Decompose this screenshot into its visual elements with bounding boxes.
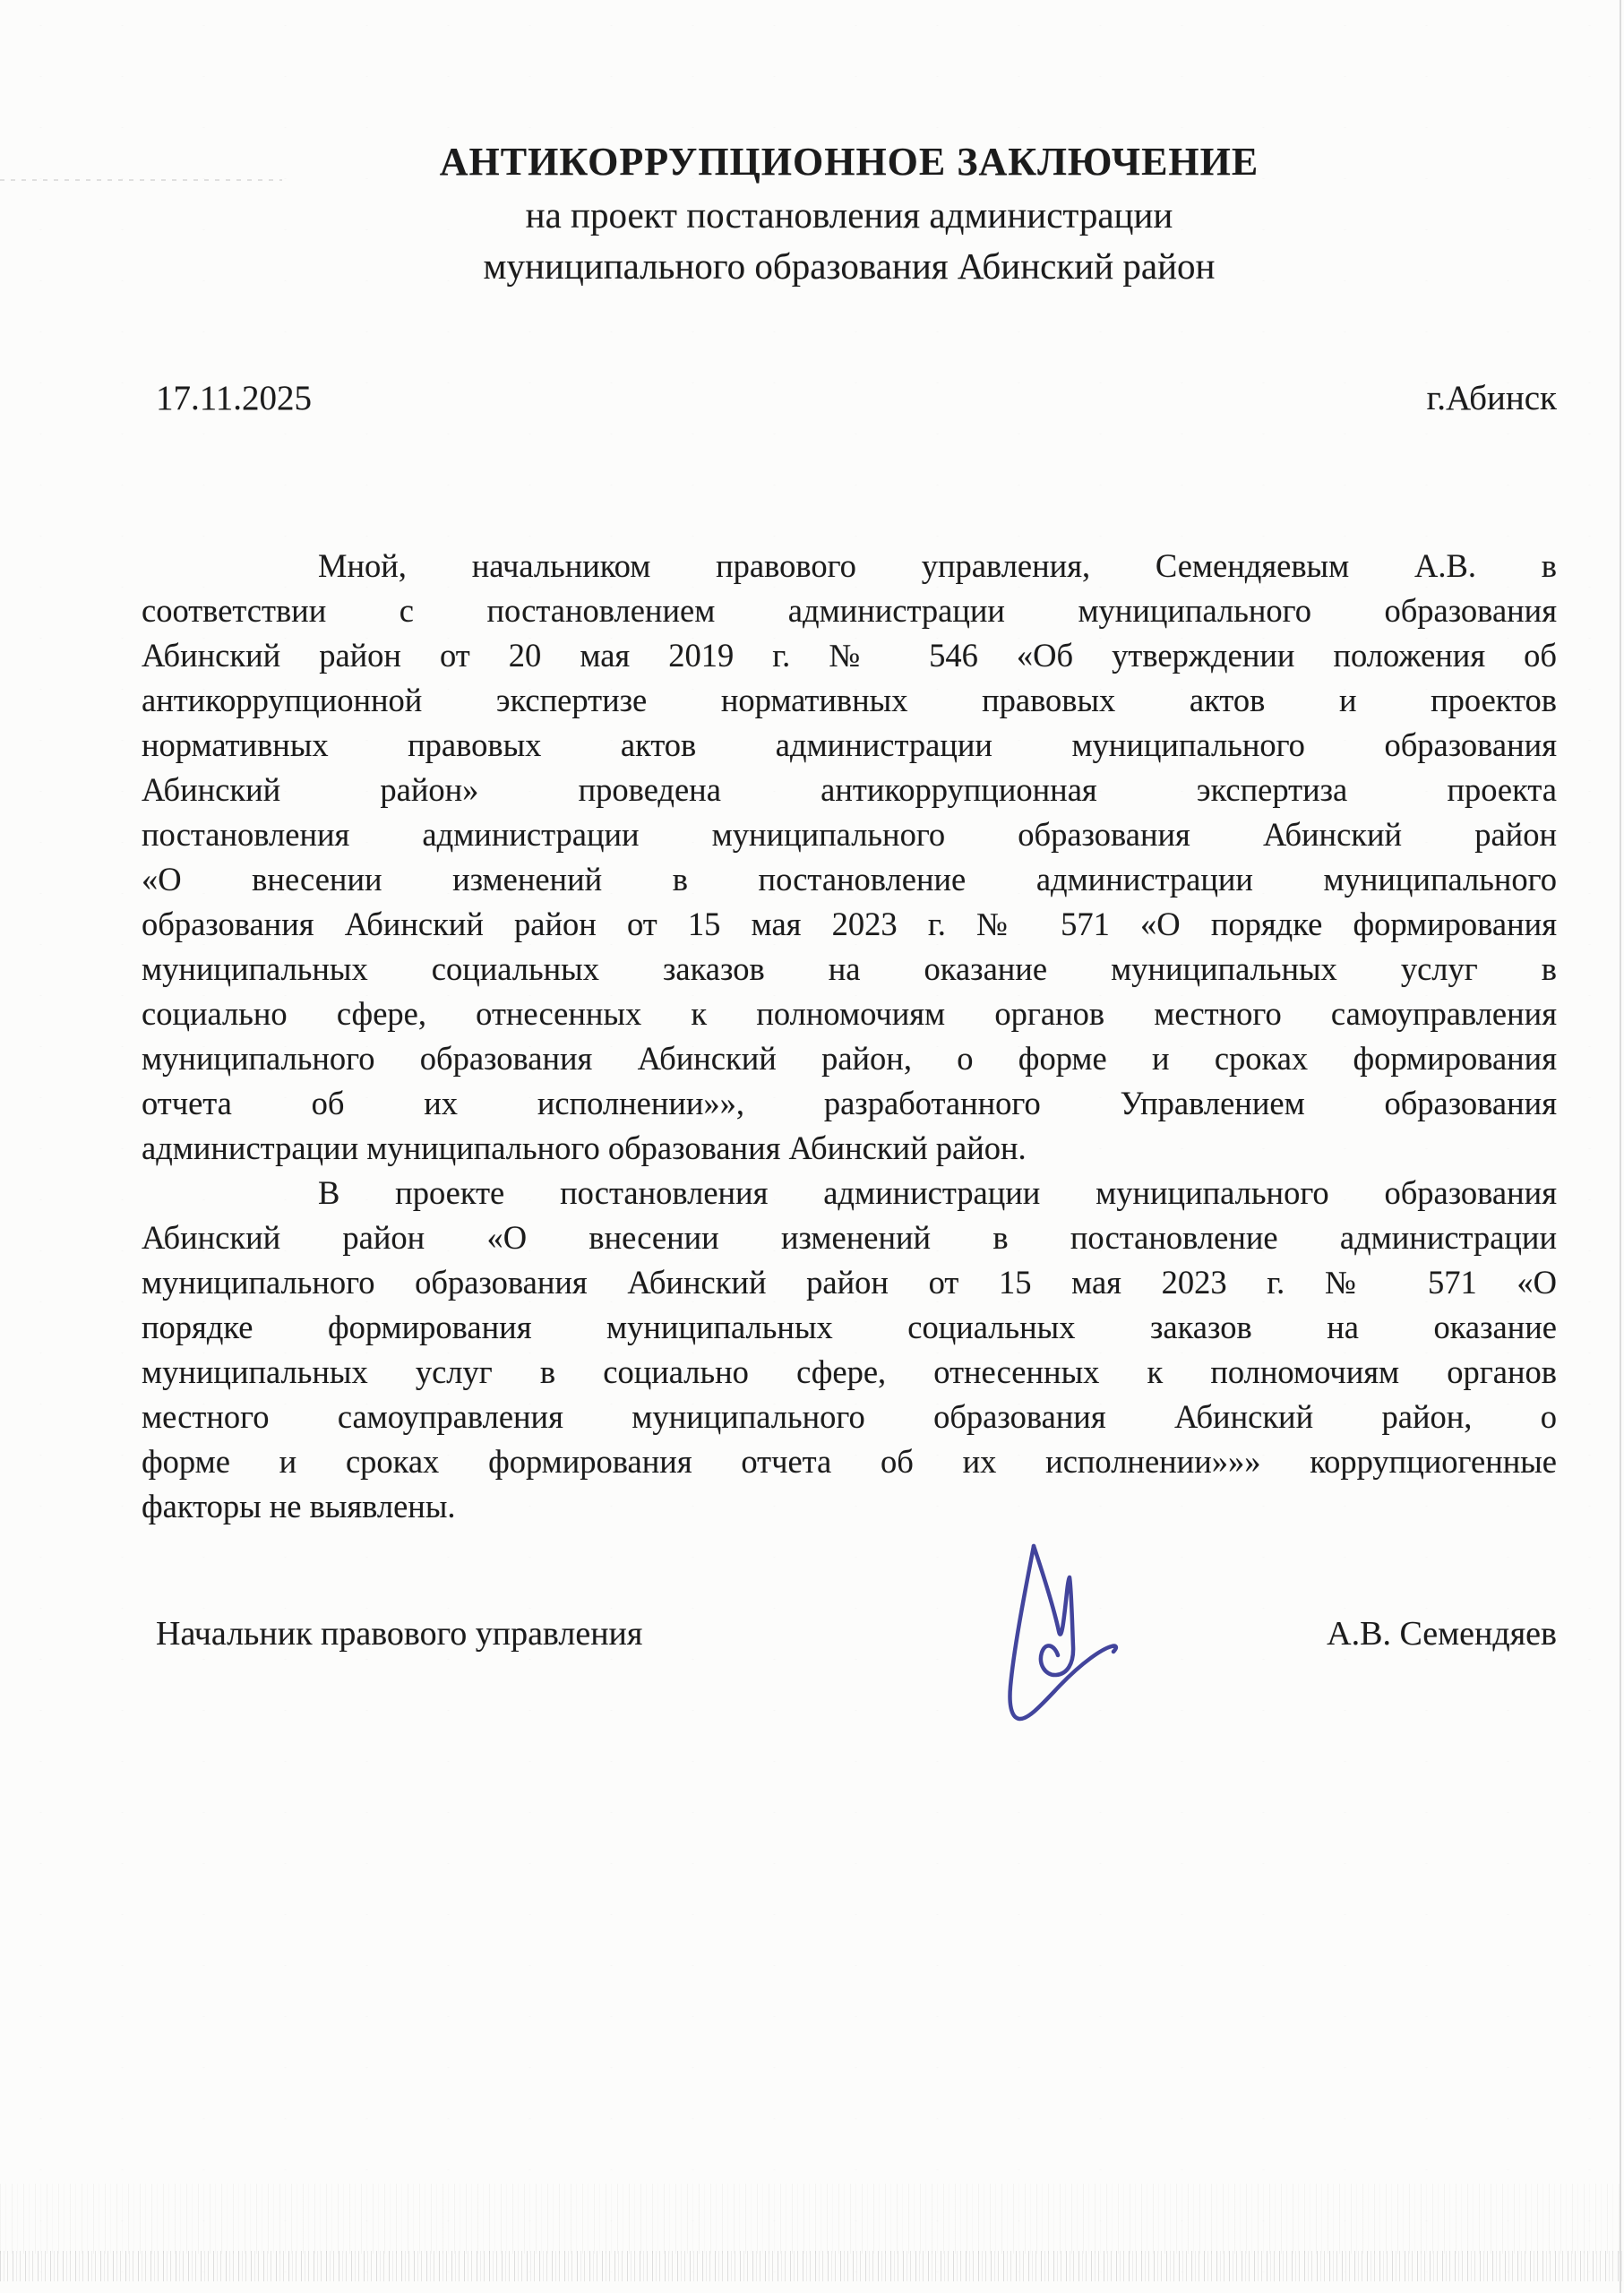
body-line: муниципального образования Абинский райо… — [142, 1260, 1557, 1305]
signer-position: Начальник правового управления — [142, 1614, 642, 1653]
body-line: муниципальных социальных заказов на оказ… — [142, 947, 1557, 992]
body-line: отчета об их исполнении»», разработанног… — [142, 1081, 1557, 1126]
scan-dotted-artifact — [0, 179, 282, 181]
scan-streak-band-faint — [0, 2184, 1624, 2254]
body-line: образования Абинский район от 15 мая 202… — [142, 902, 1557, 947]
body-line: форме и сроках формирования отчета об их… — [142, 1439, 1557, 1484]
body-line: администрации муниципального образования… — [142, 1126, 1557, 1171]
document-header: АНТИКОРРУПЦИОННОЕ ЗАКЛЮЧЕНИЕ на проект п… — [142, 134, 1557, 292]
document-place: г.Абинск — [1427, 378, 1557, 418]
document-body: Мной, начальником правового управления, … — [142, 544, 1557, 1529]
scanned-document-page: АНТИКОРРУПЦИОННОЕ ЗАКЛЮЧЕНИЕ на проект п… — [0, 0, 1624, 2293]
body-line: В проекте постановления администрации му… — [142, 1171, 1557, 1215]
body-line: местного самоуправления муниципального о… — [142, 1395, 1557, 1439]
document-subtitle-line-1: на проект постановления администрации — [142, 190, 1557, 241]
body-line: Абинский район «О внесении изменений в п… — [142, 1215, 1557, 1260]
document-date: 17.11.2025 — [142, 378, 312, 418]
signature-row: Начальник правового управления А.В. Семе… — [142, 1614, 1557, 1653]
body-line: Абинский район» проведена антикоррупцион… — [142, 768, 1557, 812]
scan-streak-band — [0, 2251, 1624, 2281]
signer-name: А.В. Семендяев — [1327, 1614, 1557, 1653]
body-line: постановления администрации муниципально… — [142, 812, 1557, 857]
body-line: антикоррупционной экспертизе нормативных… — [142, 678, 1557, 723]
document-subtitle-line-2: муниципального образования Абинский райо… — [142, 241, 1557, 292]
scan-edge-line — [1620, 0, 1621, 2293]
body-line: муниципального образования Абинский райо… — [142, 1036, 1557, 1081]
body-line: соответствии с постановлением администра… — [142, 588, 1557, 633]
body-line: нормативных правовых актов администрации… — [142, 723, 1557, 768]
body-line: муниципальных услуг в социально сфере, о… — [142, 1350, 1557, 1395]
body-line: Абинский район от 20 мая 2019 г. № 546 «… — [142, 633, 1557, 678]
body-line: Мной, начальником правового управления, … — [142, 544, 1557, 588]
body-line: порядке формирования муниципальных социа… — [142, 1305, 1557, 1350]
body-line: факторы не выявлены. — [142, 1484, 1557, 1529]
body-line: социально сфере, отнесенных к полномочия… — [142, 992, 1557, 1036]
body-line: «О внесении изменений в постановление ад… — [142, 857, 1557, 902]
document-title: АНТИКОРРУПЦИОННОЕ ЗАКЛЮЧЕНИЕ — [142, 134, 1557, 190]
date-place-row: 17.11.2025 г.Абинск — [142, 378, 1557, 418]
